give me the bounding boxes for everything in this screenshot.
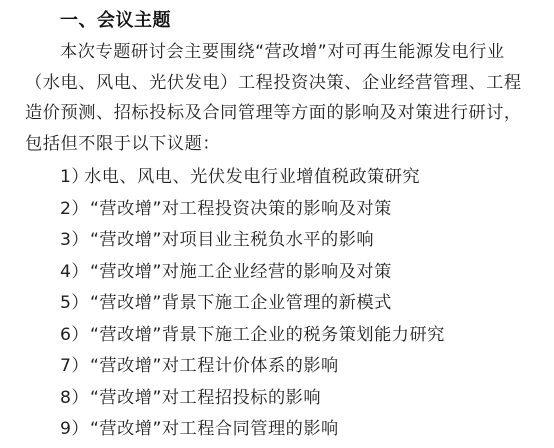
paragraph-line: 本次专题研讨会主要围绕“营改增”对可再生能源发电行业 xyxy=(25,37,495,68)
topic-list: 1） 水电、风电、光伏发电行业增值税政策研究 2） “营改增”对工程投资决策的影… xyxy=(60,162,445,446)
section-heading: 一、会议主题 xyxy=(60,6,171,36)
list-item-text: “营改增”对工程招投标的影响 xyxy=(90,383,321,415)
list-item: 5） “营改增”背景下施工企业管理的新模式 xyxy=(60,288,445,320)
paragraph-line: 包括但不限于以下议题： xyxy=(25,129,495,160)
list-item-number: 6） xyxy=(60,320,90,352)
paragraph-line: （水电、风电、光伏发电）工程投资决策、企业经营管理、工程 xyxy=(25,68,495,99)
list-item: 4） “营改增”对施工企业经营的影响及对策 xyxy=(60,257,445,289)
list-item-number: 1） xyxy=(60,162,84,194)
intro-paragraph: 本次专题研讨会主要围绕“营改增”对可再生能源发电行业 （水电、风电、光伏发电）工… xyxy=(25,37,495,159)
list-item: 6） “营改增”背景下施工企业的税务策划能力研究 xyxy=(60,320,445,352)
list-item-number: 2） xyxy=(60,194,90,226)
list-item: 7） “营改增”对工程计价体系的影响 xyxy=(60,351,445,383)
paragraph-line: 造价预测、招标投标及合同管理等方面的影响及对策进行研讨， xyxy=(25,98,495,129)
list-item-number: 7） xyxy=(60,351,90,383)
document-page: 一、会议主题 本次专题研讨会主要围绕“营改增”对可再生能源发电行业 （水电、风电… xyxy=(0,0,554,448)
list-item: 9） “营改增”对工程合同管理的影响 xyxy=(60,414,445,446)
list-item: 3） “营改增”对项目业主税负水平的影响 xyxy=(60,225,445,257)
list-item: 2） “营改增”对工程投资决策的影响及对策 xyxy=(60,194,445,226)
list-item: 1） 水电、风电、光伏发电行业增值税政策研究 xyxy=(60,162,445,194)
list-item-number: 3） xyxy=(60,225,90,257)
list-item-number: 5） xyxy=(60,288,90,320)
list-item: 8） “营改增”对工程招投标的影响 xyxy=(60,383,445,415)
list-item-number: 9） xyxy=(60,414,90,446)
list-item-number: 8） xyxy=(60,383,90,415)
list-item-text: “营改增”对施工企业经营的影响及对策 xyxy=(90,257,392,289)
list-item-text: “营改增”对项目业主税负水平的影响 xyxy=(90,225,374,257)
list-item-number: 4） xyxy=(60,257,90,289)
list-item-text: “营改增”对工程计价体系的影响 xyxy=(90,351,339,383)
list-item-text: 水电、风电、光伏发电行业增值税政策研究 xyxy=(84,162,420,194)
list-item-text: “营改增”背景下施工企业管理的新模式 xyxy=(90,288,392,320)
list-item-text: “营改增”对工程合同管理的影响 xyxy=(90,414,339,446)
list-item-text: “营改增”背景下施工企业的税务策划能力研究 xyxy=(90,320,445,352)
list-item-text: “营改增”对工程投资决策的影响及对策 xyxy=(90,194,392,226)
